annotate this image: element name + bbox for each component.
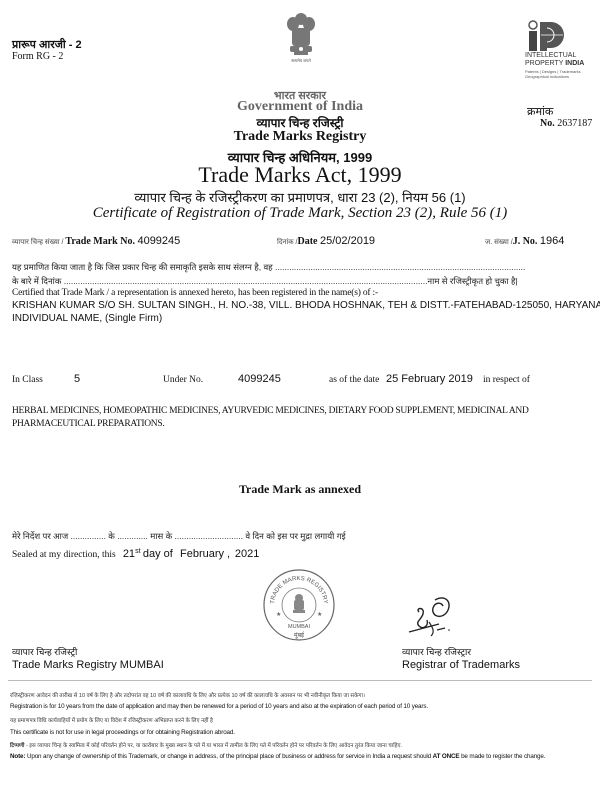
registration-date: दिनांक /Date 25/02/2019 <box>277 235 375 247</box>
owner-type: INDIVIDUAL NAME, (Single Firm) <box>12 313 162 324</box>
owner-address: KRISHAN KUMAR S/O SH. SULTAN SINGH., H. … <box>12 300 600 311</box>
journal-number-value: 1964 <box>540 235 564 247</box>
registrar-title-hindi: व्यापार चिन्ह रजिस्ट्रार <box>402 645 471 658</box>
sealed-day-of: day of <box>143 548 173 560</box>
trade-mark-annexed-heading: Trade Mark as annexed <box>0 482 600 497</box>
date-label: Date <box>298 236 318 247</box>
certification-text: Certified that Trade Mark / a representa… <box>12 288 378 298</box>
sealed-day: 21 <box>123 548 135 560</box>
footnote-renewal-hindi: रजिस्ट्रीकरण आवेदन की तारीख से 10 वर्ष क… <box>10 691 365 699</box>
ip-logo-line2b: INDIA <box>565 60 584 67</box>
registry-office-hindi: व्यापार चिन्ह रजिस्ट्री <box>12 645 77 658</box>
journal-number-label: J. No. <box>513 236 538 247</box>
svg-text:★: ★ <box>317 611 322 618</box>
as-of-date-label: as of the date <box>329 375 379 385</box>
certificate-title: Certificate of Registration of Trade Mar… <box>0 205 600 222</box>
form-number: Form RG - 2 <box>12 51 63 62</box>
class-label: In Class <box>12 375 43 385</box>
certificate-title-hindi: व्यापार चिन्ह के रजिस्ट्रीकरण का प्रमाणप… <box>0 188 600 206</box>
ip-india-logo: INTELLECTUAL PROPERTY INDIA Patents | De… <box>525 20 597 80</box>
certification-hindi-line2: के बारे में दिनांक .....................… <box>12 276 518 287</box>
goods-description: HERBAL MEDICINES, HOMEOPATHIC MEDICINES,… <box>12 405 592 431</box>
class-value: 5 <box>74 373 80 385</box>
registry-office: Trade Marks Registry MUMBAI <box>12 659 164 671</box>
footnote-legal-use-hindi: यह प्रमाणपत्र विधि कार्यवाहियों में प्रय… <box>10 716 213 724</box>
sealed-label: Sealed at my direction, this <box>12 550 116 560</box>
certification-hindi-line1: यह प्रमाणित किया जाता है कि जिस प्रकार च… <box>12 262 525 273</box>
trade-mark-number-value: 4099245 <box>137 235 180 247</box>
trade-mark-number-label: Trade Mark No. <box>65 236 135 247</box>
ip-logo-line1: INTELLECTUAL <box>525 52 584 60</box>
ip-logo-icon <box>527 20 567 52</box>
ip-logo-tagline2: Geographical Indications <box>525 74 581 79</box>
registry-title: Trade Marks Registry <box>0 129 600 145</box>
government-title: Government of India <box>0 99 600 115</box>
sealed-hindi: मेरे निर्देश पर आज ............... के ..… <box>12 531 346 542</box>
registrar-signature <box>405 592 457 642</box>
svg-text:मुंबई: मुंबई <box>294 631 305 639</box>
date-value: 25/02/2019 <box>320 235 375 247</box>
footnote-renewal: Registration is for 10 years from the da… <box>10 703 428 710</box>
under-number-label: Under No. <box>163 375 203 385</box>
in-respect-of-label: in respect of <box>483 375 530 385</box>
national-emblem-icon: सत्यमेव जयते <box>283 10 319 66</box>
sealed-month: February , <box>180 548 230 560</box>
footer-divider <box>8 680 592 681</box>
ip-logo-line2a: PROPERTY <box>525 60 565 67</box>
form-number-hindi: प्रारूप आरजी - 2 <box>12 37 82 52</box>
trade-mark-number: व्यापार चिन्ह संख्या / Trade Mark No. 40… <box>12 235 180 247</box>
act-title: Trade Marks Act, 1999 <box>0 162 600 188</box>
under-number-value: 4099245 <box>238 373 281 385</box>
journal-number: ज. संख्या /J. No. 1964 <box>485 235 564 247</box>
registrar-title: Registrar of Trademarks <box>402 659 520 671</box>
svg-text:MUMBAI: MUMBAI <box>288 624 310 630</box>
footnote-note: Note: Upon any change of ownership of th… <box>10 753 545 760</box>
sealed-day-suffix: st <box>135 548 140 555</box>
svg-text:सत्यमेव जयते: सत्यमेव जयते <box>291 58 311 63</box>
footnote-legal-use: This certificate is not for use in legal… <box>10 729 235 736</box>
note-label: Note: <box>10 753 25 760</box>
as-of-date-value: 25 February 2019 <box>386 373 473 385</box>
registry-seal: TRADE MARKS REGISTRY ★ ★ MUMBAI मुंबई <box>262 568 336 642</box>
svg-text:★: ★ <box>276 611 281 618</box>
sealed-year: 2021 <box>235 548 259 560</box>
footnote-note-hindi: टिप्पणी - इस व्यापार चिन्ह के स्वामित्व … <box>10 741 402 749</box>
sealed-date: Sealed at my direction, this 21st day of… <box>12 548 259 560</box>
